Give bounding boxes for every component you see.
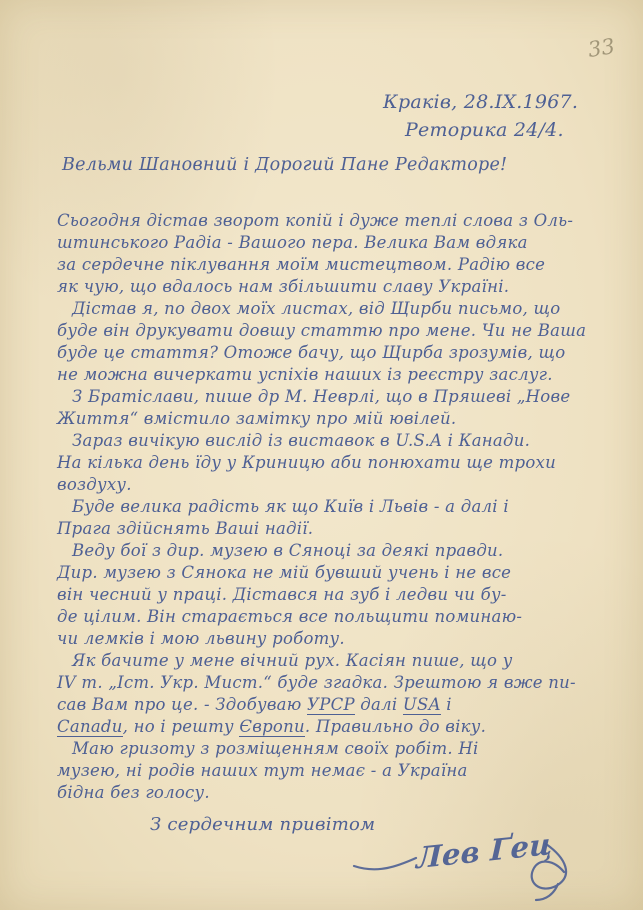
closing-line: З сердечним привітом — [150, 814, 375, 835]
handwritten-line: він чесний у праці. Дістався на зуб і ле… — [57, 584, 602, 606]
paragraph: Веду бої з дир. музею в Сяноці за деякі … — [57, 540, 602, 650]
paragraph: Сьогодня дістав зворот копій і дуже тепл… — [57, 210, 602, 298]
handwritten-line: Життя“ вмістило замітку про мій ювілей. — [57, 408, 602, 430]
handwritten-line: буде це стаття? Отоже бачу, що Щирба зро… — [57, 342, 602, 364]
dateline: Краків, 28.IX.1967.Реторика 24/4. — [383, 88, 578, 144]
handwritten-line: штинського Радіа - Вашого пера. Велика В… — [57, 232, 602, 254]
signature: Лев Ґец — [350, 820, 590, 904]
paragraph: Як бачите у мене вічний рух. Касіян пише… — [57, 650, 602, 738]
handwritten-line: IV т. „Іст. Укр. Мист.“ буде згадка. Зре… — [57, 672, 602, 694]
salutation: Вельми Шановний і Дорогий Пане Редакторе… — [62, 155, 507, 175]
dateline-line: Краків, 28.IX.1967. — [383, 88, 578, 116]
handwritten-line: де цілим. Він старається все польщити по… — [57, 606, 602, 628]
handwritten-line: Сьогодня дістав зворот копій і дуже тепл… — [57, 210, 602, 232]
handwritten-line: Як бачите у мене вічний рух. Касіян пише… — [57, 650, 602, 672]
paragraph: Буде велика радість як що Київ і Львів -… — [57, 496, 602, 540]
handwritten-line: за сердечне піклування моїм мистецтвом. … — [57, 254, 602, 276]
handwritten-line: З Братіслави, пише др М. Неврлі, що в Пр… — [57, 386, 602, 408]
paragraph: Маю гризоту з розміщенням своїх робіт. Н… — [57, 738, 602, 804]
handwritten-line: чи лемків і мою львину роботу. — [57, 628, 602, 650]
handwritten-line: На кілька день їду у Криницю аби понюхат… — [57, 452, 602, 474]
handwritten-line: Дістав я, по двох моїх листах, від Щирби… — [57, 298, 602, 320]
dateline-line: Реторика 24/4. — [383, 116, 578, 144]
handwritten-line: воздуху. — [57, 474, 602, 496]
paragraph: З Братіслави, пише др М. Неврлі, що в Пр… — [57, 386, 602, 430]
handwritten-line: Зараз вичікую вислід із виставок в U.S.A… — [57, 430, 602, 452]
handwritten-line: сав Вам про це. - Здобуваю УРСР далі USA… — [57, 694, 602, 716]
paragraph: Зараз вичікую вислід із виставок в U.S.A… — [57, 430, 602, 496]
handwritten-line: Буде велика радість як що Київ і Львів -… — [57, 496, 602, 518]
handwritten-line: не можна вичеркати успіхів наших із реєс… — [57, 364, 602, 386]
archival-page-number: 33 — [586, 34, 616, 62]
handwritten-line: бідна без голосу. — [57, 782, 602, 804]
letter-body: Сьогодня дістав зворот копій і дуже тепл… — [57, 210, 602, 804]
handwritten-line: Маю гризоту з розміщенням своїх робіт. Н… — [57, 738, 602, 760]
handwritten-line: Canadu, но і решту Європи. Правильно до … — [57, 716, 602, 738]
handwritten-line: Прага здійснять Ваші надії. — [57, 518, 602, 540]
handwritten-line: Веду бої з дир. музею в Сяноці за деякі … — [57, 540, 602, 562]
handwritten-line: музею, ні родів наших тут немає - а Укра… — [57, 760, 602, 782]
handwritten-line: буде він друкувати довшу статтю про мене… — [57, 320, 602, 342]
letter-page: 33 Краків, 28.IX.1967.Реторика 24/4. Вел… — [0, 0, 643, 910]
paragraph: Дістав я, по двох моїх листах, від Щирби… — [57, 298, 602, 386]
handwritten-line: як чую, що вдалось нам збільшити славу У… — [57, 276, 602, 298]
handwritten-line: Дир. музею з Сянока не мій бувший учень … — [57, 562, 602, 584]
